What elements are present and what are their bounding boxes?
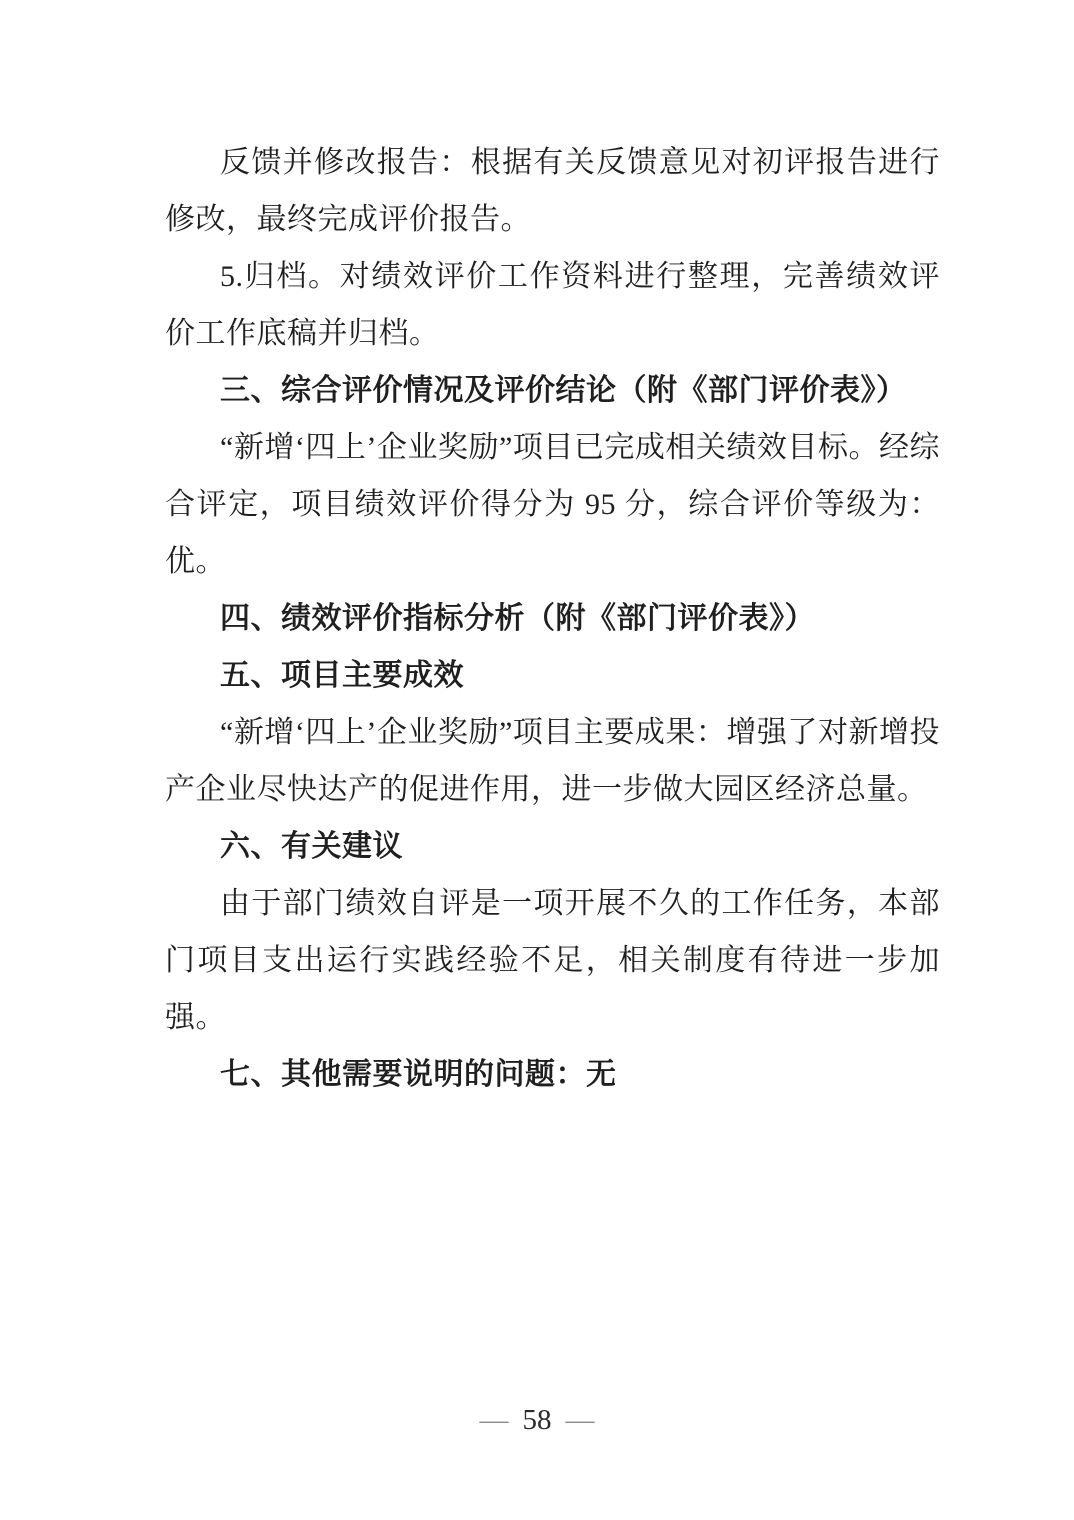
page-number: 58 — [523, 1404, 552, 1436]
document-page: 反馈并修改报告：根据有关反馈意见对初评报告进行修改，最终完成评价报告。 5.归档… — [0, 0, 1074, 1520]
document-body: 反馈并修改报告：根据有关反馈意见对初评报告进行修改，最终完成评价报告。 5.归档… — [165, 134, 940, 1103]
heading-section-6-suggestions: 六、有关建议 — [165, 818, 940, 875]
paragraph-suggestions-detail: 由于部门绩效自评是一项开展不久的工作任务，本部门项目支出运行实践经验不足，相关制… — [165, 875, 940, 1046]
heading-section-3-conclusion: 三、综合评价情况及评价结论（附《部门评价表》） — [165, 362, 940, 419]
paragraph-archive: 5.归档。对绩效评价工作资料进行整理，完善绩效评价工作底稿并归档。 — [165, 248, 940, 362]
page-footer: —58— — [0, 1400, 1074, 1440]
heading-section-7-other-notes: 七、其他需要说明的问题：无 — [165, 1046, 940, 1103]
paragraph-overall-conclusion: “新增‘四上’企业奖励”项目已完成相关绩效目标。经综合评定，项目绩效评价得分为 … — [165, 419, 940, 590]
footer-dash-right: — — [552, 1404, 609, 1436]
paragraph-main-results: “新增‘四上’企业奖励”项目主要成果：增强了对新增投产企业尽快达产的促进作用，进… — [165, 704, 940, 818]
footer-dash-left: — — [466, 1404, 523, 1436]
paragraph-feedback-revise: 反馈并修改报告：根据有关反馈意见对初评报告进行修改，最终完成评价报告。 — [165, 134, 940, 248]
heading-section-4-indicators: 四、绩效评价指标分析（附《部门评价表》） — [165, 590, 940, 647]
heading-section-5-results: 五、项目主要成效 — [165, 647, 940, 704]
